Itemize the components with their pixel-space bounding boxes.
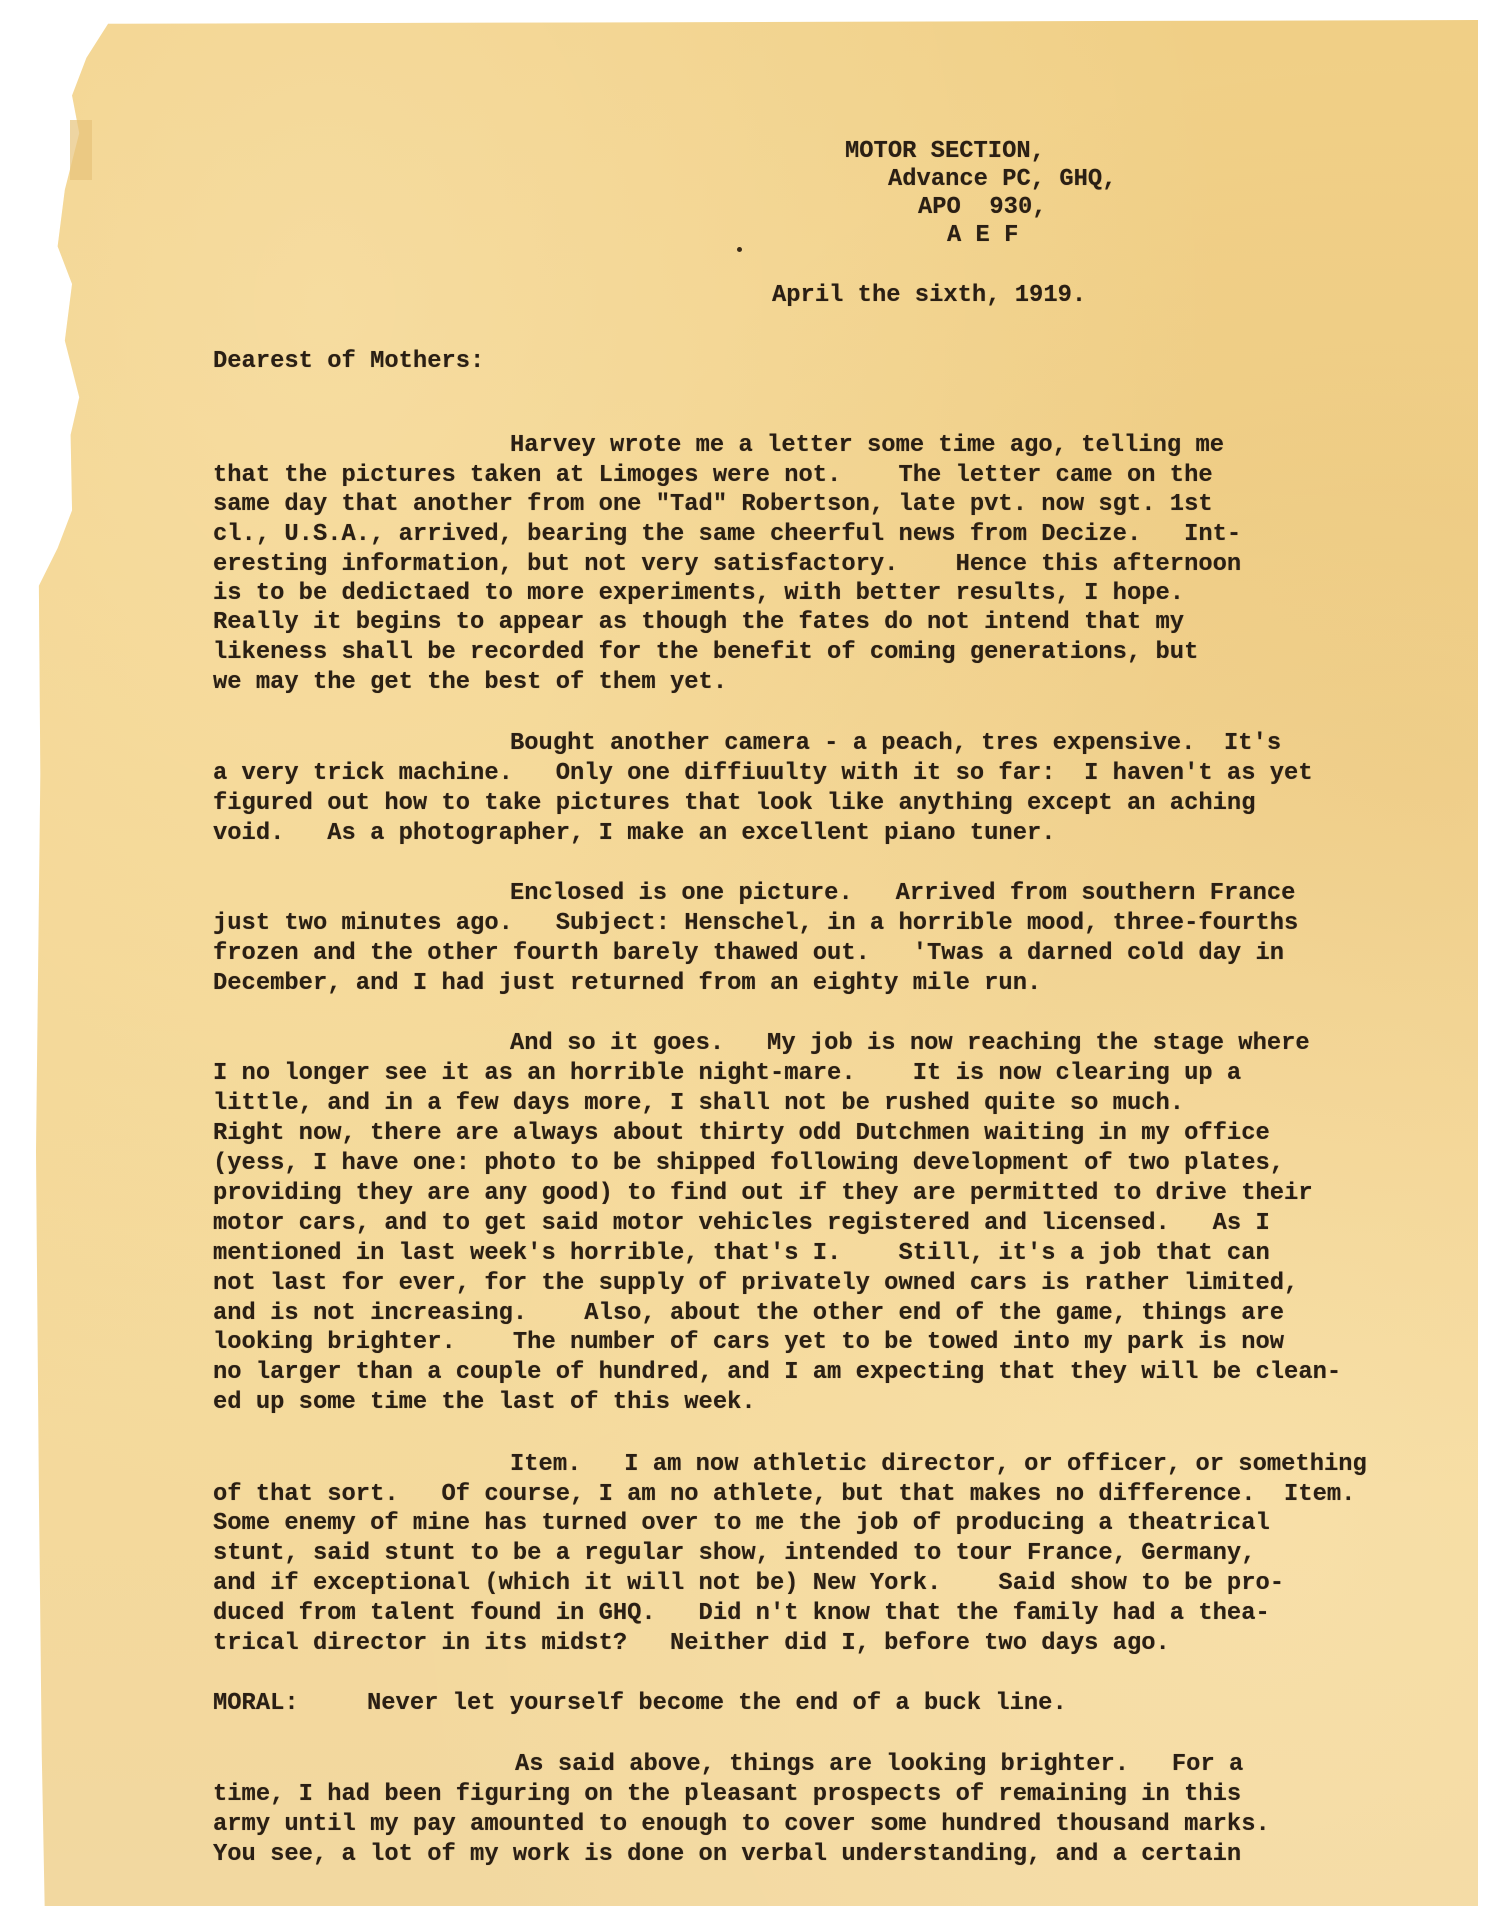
paragraph-1-line: is to be dedictaed to more experiments, … <box>213 580 1184 608</box>
paragraph-2-line: Bought another camera - a peach, tres ex… <box>510 730 1281 758</box>
paragraph-3-line: Enclosed is one picture. Arrived from so… <box>510 880 1295 908</box>
paragraph-4-line: providing they are any good) to find out… <box>213 1180 1313 1208</box>
paragraph-1-line: Really it begins to appear as though the… <box>213 609 1184 637</box>
paragraph-5-line: trical director in its midst? Neither di… <box>213 1630 1170 1658</box>
typewritten-letter: MOTOR SECTION, Advance PC, GHQ, APO 930,… <box>0 0 1500 1923</box>
paragraph-4-line: not last for ever, for the supply of pri… <box>213 1270 1298 1298</box>
paragraph-2-line: void. As a photographer, I make an excel… <box>213 820 1056 848</box>
paragraph-2-line: a very trick machine. Only one diffiuult… <box>213 760 1313 788</box>
paragraph-1-line: eresting information, but not very satis… <box>213 551 1241 579</box>
paragraph-7-line: time, I had been figuring on the pleasan… <box>213 1781 1241 1809</box>
paragraph-3-line: frozen and the other fourth barely thawe… <box>213 940 1284 968</box>
paragraph-7-line: army until my pay amounted to enough to … <box>213 1811 1270 1839</box>
moral-text: Never let yourself become the end of a b… <box>367 1690 1067 1718</box>
paragraph-1-line: same day that another from one "Tad" Rob… <box>213 491 1213 519</box>
paragraph-1-line: Harvey wrote me a letter some time ago, … <box>510 432 1224 460</box>
paragraph-4-line: no larger than a couple of hundred, and … <box>213 1359 1341 1387</box>
paragraph-2-line: figured out how to take pictures that lo… <box>213 790 1255 818</box>
paragraph-4-line: (yess, I have one: photo to be shipped f… <box>213 1150 1284 1178</box>
letterhead-line-1: MOTOR SECTION, <box>845 138 1045 166</box>
paragraph-1-line: we may the get the best of them yet. <box>213 669 727 697</box>
paragraph-4-line: mentioned in last week's horrible, that'… <box>213 1240 1270 1268</box>
letterhead-line-3: APO 930, <box>918 194 1047 222</box>
letter-date: April the sixth, 1919. <box>772 282 1086 310</box>
paragraph-1-line: cl., U.S.A., arrived, bearing the same c… <box>213 521 1241 549</box>
paragraph-4-line: Right now, there are always about thirty… <box>213 1120 1270 1148</box>
paragraph-5-line: Item. I am now athletic director, or off… <box>510 1451 1367 1479</box>
letterhead-line-2: Advance PC, GHQ, <box>888 166 1117 194</box>
paragraph-1-line: that the pictures taken at Limoges were … <box>213 462 1213 490</box>
paragraph-5-line: Some enemy of mine has turned over to me… <box>213 1510 1270 1538</box>
paragraph-4-line: little, and in a few days more, I shall … <box>213 1090 1184 1118</box>
paragraph-3-line: just two minutes ago. Subject: Henschel,… <box>213 910 1298 938</box>
paragraph-7-line: You see, a lot of my work is done on ver… <box>213 1841 1241 1869</box>
paragraph-5-line: and if exceptional (which it will not be… <box>213 1570 1284 1598</box>
letterhead-line-4: A E F <box>947 222 1018 250</box>
paragraph-4-line: and is not increasing. Also, about the o… <box>213 1300 1284 1328</box>
paragraph-4-line: looking brighter. The number of cars yet… <box>213 1329 1284 1357</box>
paragraph-4-line: And so it goes. My job is now reaching t… <box>510 1030 1310 1058</box>
paragraph-4-line: I no longer see it as an horrible night-… <box>213 1060 1241 1088</box>
paragraph-5-line: of that sort. Of course, I am no athlete… <box>213 1481 1355 1509</box>
salutation: Dearest of Mothers: <box>213 348 484 376</box>
paragraph-5-line: duced from talent found in GHQ. Did n't … <box>213 1600 1270 1628</box>
ink-speck <box>737 247 742 252</box>
paragraph-4-line: motor cars, and to get said motor vehicl… <box>213 1210 1270 1238</box>
paragraph-1-line: likeness shall be recorded for the benef… <box>213 639 1198 667</box>
paragraph-7-line: As said above, things are looking bright… <box>515 1751 1243 1779</box>
paragraph-4-line: ed up some time the last of this week. <box>213 1389 756 1417</box>
moral-label: MORAL: <box>213 1690 299 1718</box>
paragraph-5-line: stunt, said stunt to be a regular show, … <box>213 1540 1255 1568</box>
paragraph-3-line: December, and I had just returned from a… <box>213 970 1041 998</box>
